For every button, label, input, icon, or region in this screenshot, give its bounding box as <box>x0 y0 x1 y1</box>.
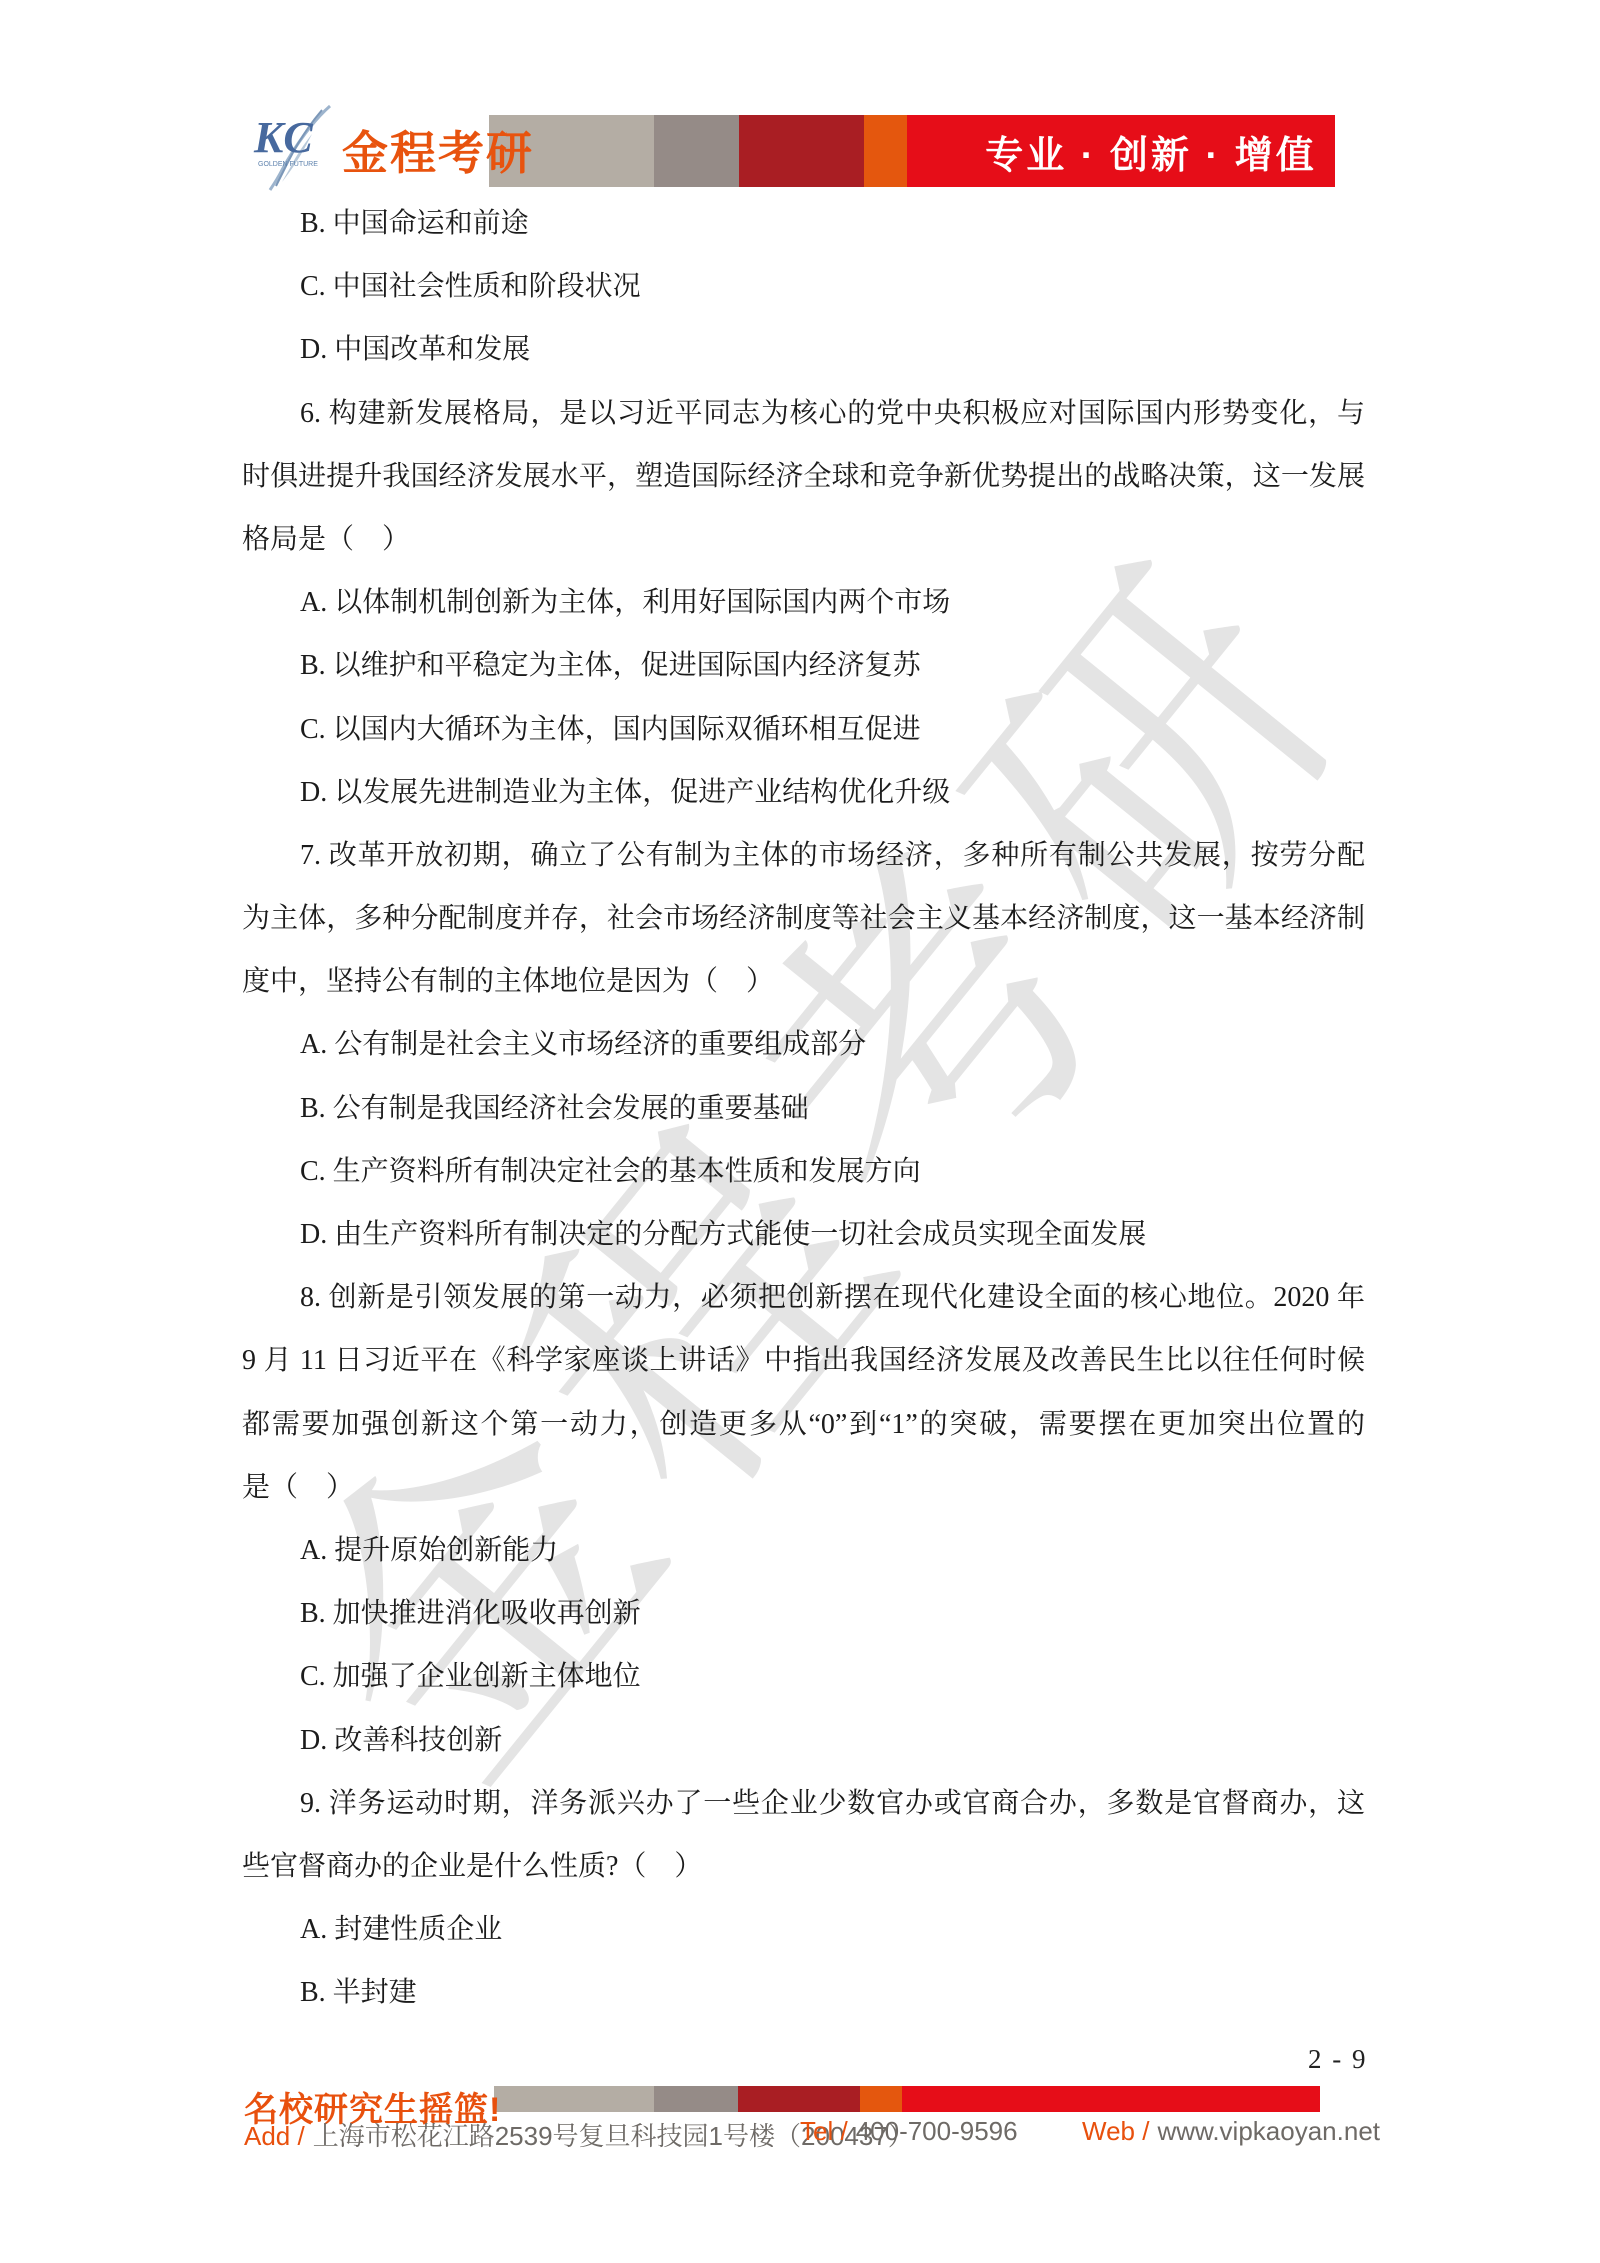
header-color-block <box>864 115 907 187</box>
text-line: 为主体，多种分配制度并存，社会市场经济制度等社会主义基本经济制度，这一基本经济制 <box>242 887 1365 950</box>
brand-name: 金程考研 <box>342 130 534 176</box>
header-color-block: 专业 · 创新 · 增值 <box>907 115 1335 187</box>
contact-label: Tel / <box>800 2116 848 2146</box>
text-line: C. 中国社会性质和阶段状况 <box>242 255 1365 318</box>
header-color-strip: 专业 · 创新 · 增值 <box>489 115 1335 187</box>
text-line: B. 半封建 <box>242 1961 1365 2024</box>
header-color-block <box>739 115 864 187</box>
text-line: B. 以维护和平稳定为主体，促进国际国内经济复苏 <box>242 634 1365 697</box>
text-line: D. 中国改革和发展 <box>242 318 1365 381</box>
text-line: B. 公有制是我国经济社会发展的重要基础 <box>242 1077 1365 1140</box>
logo-caption: GOLDEN FUTURE <box>258 161 318 168</box>
footer-color-block <box>860 2086 902 2112</box>
contact-info-row: Add /上海市松花江路2539号复旦科技园1号楼（200437）Tel /40… <box>0 2116 1600 2152</box>
footer-color-strip <box>494 2086 1320 2112</box>
text-line: C. 加强了企业创新主体地位 <box>242 1645 1365 1708</box>
text-line: 9 月 11 日习近平在《科学家座谈上讲话》中指出我国经济发展及改善民生比以往任… <box>242 1329 1365 1392</box>
text-line: D. 改善科技创新 <box>242 1709 1365 1772</box>
text-line: C. 以国内大循环为主体，国内国际双循环相互促进 <box>242 698 1365 761</box>
text-line: A. 封建性质企业 <box>242 1898 1365 1961</box>
header-color-block <box>654 115 739 187</box>
text-line: 格局是（ ） <box>242 508 1365 571</box>
footer-color-block <box>738 2086 860 2112</box>
text-line: A. 公有制是社会主义市场经济的重要组成部分 <box>242 1013 1365 1076</box>
text-line: 6. 构建新发展格局，是以习近平同志为核心的党中央积极应对国际国内形势变化，与 <box>242 382 1365 445</box>
page-number: 2 - 9 <box>1308 2044 1368 2075</box>
text-line: 8. 创新是引领发展的第一动力，必须把创新摆在现代化建设全面的核心地位。2020… <box>242 1266 1365 1329</box>
document-page: 金程考研 KC GOLDEN FUTURE 金程考研 专业 · 创新 · 增值 … <box>0 0 1600 2263</box>
text-line: B. 加快推进消化吸收再创新 <box>242 1582 1365 1645</box>
text-line: 9. 洋务运动时期，洋务派兴办了一些企业少数官办或官商合办，多数是官督商办，这 <box>242 1772 1365 1835</box>
contact-label: Add / <box>244 2121 305 2151</box>
text-line: D. 以发展先进制造业为主体，促进产业结构优化升级 <box>242 761 1365 824</box>
contact-value: 400-700-9596 <box>856 2116 1018 2146</box>
kc-feather-logo-icon: KC GOLDEN FUTURE <box>252 100 340 192</box>
text-line: C. 生产资料所有制决定社会的基本性质和发展方向 <box>242 1140 1365 1203</box>
text-line: A. 提升原始创新能力 <box>242 1519 1365 1582</box>
text-line: D. 由生产资料所有制决定的分配方式能使一切社会成员实现全面发展 <box>242 1203 1365 1266</box>
contact-item: Web /www.vipkaoyan.net <box>1082 2116 1380 2147</box>
kc-feather-icon: KC GOLDEN FUTURE <box>252 100 340 192</box>
text-line: 都需要加强创新这个第一动力，创造更多从“0”到“1”的突破，需要摆在更加突出位置… <box>242 1393 1365 1456</box>
text-line: B. 中国命运和前途 <box>242 192 1365 255</box>
footer-color-block <box>494 2086 654 2112</box>
text-line: 7. 改革开放初期，确立了公有制为主体的市场经济，多种所有制公共发展，按劳分配 <box>242 824 1365 887</box>
question-text-block: B. 中国命运和前途C. 中国社会性质和阶段状况D. 中国改革和发展6. 构建新… <box>242 192 1365 2024</box>
text-line: 度中，坚持公有制的主体地位是因为（ ） <box>242 950 1365 1013</box>
contact-label: Web / <box>1082 2116 1149 2146</box>
brand-logo: KC GOLDEN FUTURE 金程考研 <box>252 100 534 192</box>
footer-color-block <box>902 2086 1320 2112</box>
text-line: A. 以体制机制创新为主体，利用好国际国内两个市场 <box>242 571 1365 634</box>
contact-value: www.vipkaoyan.net <box>1157 2116 1380 2146</box>
text-line: 些官督商办的企业是什么性质?（ ） <box>242 1835 1365 1898</box>
footer-color-block <box>654 2086 738 2112</box>
text-line: 是（ ） <box>242 1456 1365 1519</box>
contact-item: Tel /400-700-9596 <box>800 2116 1018 2147</box>
svg-text:KC: KC <box>253 113 313 162</box>
banner-slogan: 专业 · 创新 · 增值 <box>907 115 1335 187</box>
text-line: 时俱进提升我国经济发展水平，塑造国际经济全球和竞争新优势提出的战略决策，这一发展 <box>242 445 1365 508</box>
